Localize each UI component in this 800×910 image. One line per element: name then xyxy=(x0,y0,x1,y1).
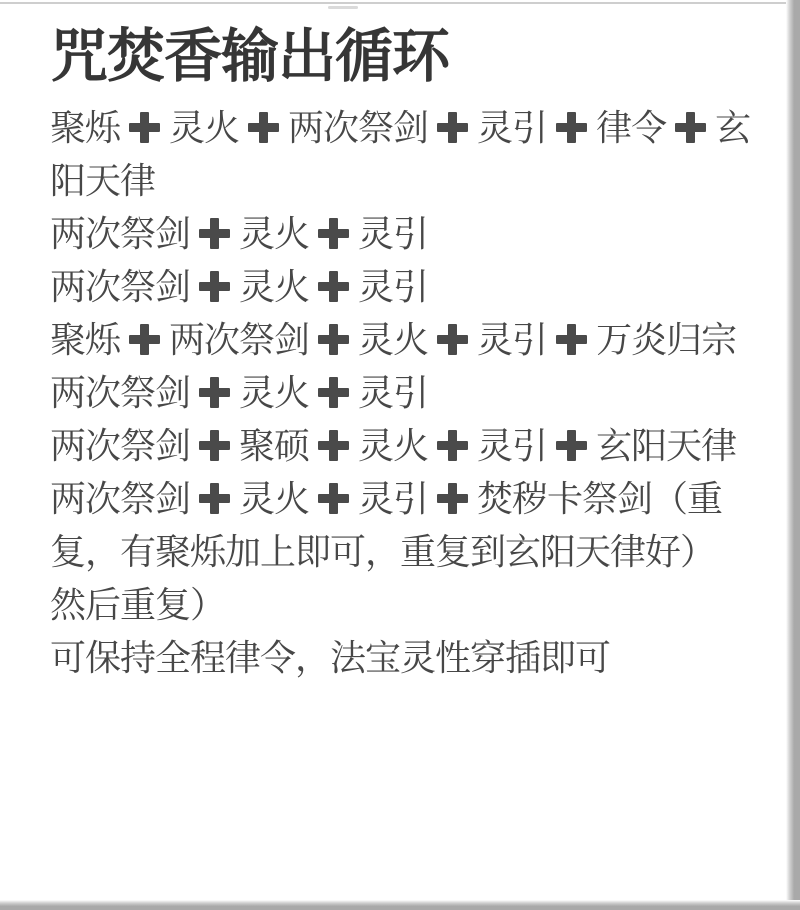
term-text: 可保持全程律令，法宝灵性穿插即可 xyxy=(50,638,610,679)
term-text: 灵火 xyxy=(239,214,309,255)
paragraph-combo-5: 两次祭剑灵火灵引 xyxy=(50,367,766,420)
text-row: 复，有聚烁加上即可，重复到玄阳天律好） xyxy=(50,526,766,579)
text-row: 阳天律 xyxy=(50,155,766,208)
plus-icon xyxy=(437,324,468,355)
term-text: 灵引 xyxy=(477,426,547,467)
plus-icon xyxy=(675,112,706,143)
plus-icon xyxy=(556,112,587,143)
term-text: 灵火 xyxy=(358,426,428,467)
plus-icon xyxy=(437,483,468,514)
text-row: 两次祭剑灵火灵引 xyxy=(50,367,766,420)
paragraph-combo-3: 两次祭剑灵火灵引 xyxy=(50,261,766,314)
term-text: 复，有聚烁加上即可，重复到玄阳天律好） xyxy=(50,532,715,573)
text-row: 可保持全程律令，法宝灵性穿插即可 xyxy=(50,632,766,685)
term-text: 灵引 xyxy=(358,214,428,255)
plus-icon xyxy=(199,377,230,408)
paragraph-combo-2: 两次祭剑灵火灵引 xyxy=(50,208,766,261)
term-text: 灵火 xyxy=(169,108,239,149)
plus-icon xyxy=(199,430,230,461)
plus-icon xyxy=(318,324,349,355)
text-row: 两次祭剑灵火灵引焚秽卡祭剑（重 xyxy=(50,473,766,526)
paragraph-combo-6: 两次祭剑聚硕灵火灵引玄阳天律 xyxy=(50,420,766,473)
term-text: 阳天律 xyxy=(50,161,155,202)
text-row: 聚烁两次祭剑灵火灵引万炎归宗 xyxy=(50,314,766,367)
plus-icon xyxy=(437,430,468,461)
term-text: 两次祭剑 xyxy=(50,214,190,255)
term-text: 聚硕 xyxy=(239,426,309,467)
term-text: 玄阳天律 xyxy=(596,426,736,467)
plus-icon xyxy=(318,218,349,249)
plus-icon xyxy=(199,483,230,514)
plus-icon xyxy=(129,112,160,143)
term-text: 灵引 xyxy=(477,108,547,149)
term-text: 两次祭剑 xyxy=(50,373,190,414)
term-text: 两次祭剑 xyxy=(50,479,190,520)
term-text: 两次祭剑 xyxy=(169,320,309,361)
term-text: 灵火 xyxy=(358,320,428,361)
term-text: 两次祭剑 xyxy=(50,426,190,467)
plus-icon xyxy=(129,324,160,355)
plus-icon xyxy=(318,271,349,302)
term-text: 两次祭剑 xyxy=(50,267,190,308)
page-title: 咒焚香输出循环 xyxy=(50,0,766,88)
term-text: 灵引 xyxy=(358,267,428,308)
document-page: 咒焚香输出循环 聚烁灵火两次祭剑灵引律令玄阳天律两次祭剑灵火灵引两次祭剑灵火灵引… xyxy=(0,0,800,910)
plus-icon xyxy=(318,430,349,461)
paragraph-note: 可保持全程律令，法宝灵性穿插即可 xyxy=(50,632,766,685)
paragraph-combo-4: 聚烁两次祭剑灵火灵引万炎归宗 xyxy=(50,314,766,367)
plus-icon xyxy=(437,112,468,143)
plus-icon xyxy=(556,324,587,355)
document-content: 咒焚香输出循环 聚烁灵火两次祭剑灵引律令玄阳天律两次祭剑灵火灵引两次祭剑灵火灵引… xyxy=(50,0,766,685)
term-text: 然后重复） xyxy=(50,585,225,626)
plus-icon xyxy=(318,483,349,514)
term-text: 聚烁 xyxy=(50,108,120,149)
plus-icon xyxy=(199,218,230,249)
term-text: 律令 xyxy=(596,108,666,149)
page-right-edge xyxy=(786,0,800,910)
plus-icon xyxy=(248,112,279,143)
plus-icon xyxy=(318,377,349,408)
text-row: 聚烁灵火两次祭剑灵引律令玄 xyxy=(50,102,766,155)
term-text: 灵火 xyxy=(239,373,309,414)
paragraph-combo-1: 聚烁灵火两次祭剑灵引律令玄阳天律 xyxy=(50,102,766,208)
term-text: 聚烁 xyxy=(50,320,120,361)
text-row: 两次祭剑灵火灵引 xyxy=(50,208,766,261)
term-text: 玄 xyxy=(715,108,750,149)
term-text: 灵火 xyxy=(239,479,309,520)
term-text: 万炎归宗 xyxy=(596,320,736,361)
term-text: 两次祭剑 xyxy=(288,108,428,149)
paragraph-combo-7: 两次祭剑灵火灵引焚秽卡祭剑（重复，有聚烁加上即可，重复到玄阳天律好）然后重复） xyxy=(50,473,766,632)
plus-icon xyxy=(556,430,587,461)
text-row: 然后重复） xyxy=(50,579,766,632)
page-bottom-edge xyxy=(0,900,800,910)
term-text: 灵引 xyxy=(358,373,428,414)
text-row: 两次祭剑聚硕灵火灵引玄阳天律 xyxy=(50,420,766,473)
term-text: 灵引 xyxy=(477,320,547,361)
term-text: 灵火 xyxy=(239,267,309,308)
paragraph-list: 聚烁灵火两次祭剑灵引律令玄阳天律两次祭剑灵火灵引两次祭剑灵火灵引聚烁两次祭剑灵火… xyxy=(50,102,766,685)
term-text: 焚秽卡祭剑（重 xyxy=(477,479,722,520)
text-row: 两次祭剑灵火灵引 xyxy=(50,261,766,314)
plus-icon xyxy=(199,271,230,302)
term-text: 灵引 xyxy=(358,479,428,520)
